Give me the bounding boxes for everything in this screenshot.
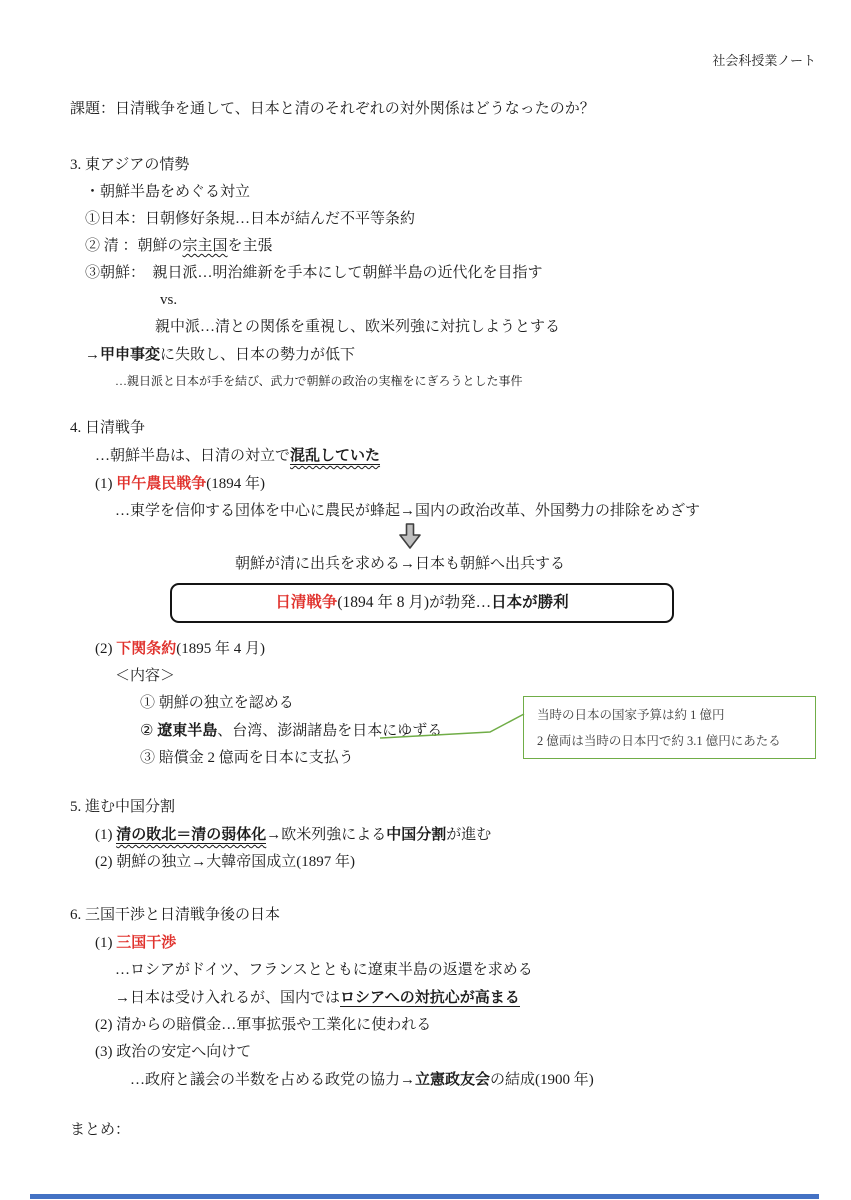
s3-pro-china: 親中派…清との関係を重視し、欧米列強に対抗しようとする [155, 314, 816, 341]
s6-item1-no: (1) [95, 935, 116, 951]
s4-item1-rest: (1894 年) [206, 476, 265, 492]
section-5-title: 5. 進む中国分割 [70, 794, 816, 821]
s5-item1-underlined: 清の敗北＝清の弱体化 [116, 826, 266, 844]
war-result-bold: 日本が勝利 [491, 594, 569, 611]
s3-item-qing-underlined: 宗主国 [183, 238, 228, 254]
s3-kashin-rest: に失敗し、日本の勢力が低下 [160, 347, 355, 363]
s5-item1-no: (1) [95, 827, 116, 843]
s5-item2: (2) 朝鮮の独立→大韓帝国成立(1897 年) [95, 849, 816, 876]
s4-item1-no: (1) [95, 476, 116, 492]
s6-item1-red: 三国干渉 [116, 934, 176, 951]
doc-header-label: 社会科授業ノート [70, 52, 816, 70]
s3-item-qing-rest: を主張 [228, 238, 273, 254]
s5-item1-rest: が進む [446, 827, 491, 843]
callout-line [378, 706, 526, 744]
budget-callout-line2: 2 億両は当時の日本円で約 3.1 億円にあたる [537, 728, 802, 754]
s6-item3: (3) 政治の安定へ向けて [95, 1039, 816, 1066]
s5-item1: (1) 清の敗北＝清の弱体化→欧米列強による中国分割が進む [95, 821, 816, 849]
topic-line: 課題：日清戦争を通して、日本と清のそれぞれの対外関係はどうなったのか？ [70, 96, 816, 123]
s4-naiyo: ＜内容＞ [115, 663, 816, 690]
war-result-red: 日清戦争 [275, 594, 337, 611]
s6-item1-desc1: …ロシアがドイツ、フランスとともに遼東半島の返還を求める [115, 957, 816, 984]
s4-treaty-2-no: ② [140, 723, 157, 739]
s6-item3-desc: …政府と議会の半数を占める政党の協力→立憲政友会の結成(1900 年) [130, 1066, 816, 1094]
s4-item2: (2) 下関条約(1895 年 4 月) [95, 635, 816, 663]
budget-callout-line1: 当時の日本の国家予算は約 1 億円 [537, 702, 802, 728]
summary-label: まとめ： [70, 1117, 816, 1144]
document-page: 社会科授業ノート 課題：日清戦争を通して、日本と清のそれぞれの対外関係はどうなっ… [0, 0, 851, 1200]
s4-flow-line: 朝鮮が清に出兵を求める→日本も朝鮮へ出兵する [235, 551, 816, 578]
s3-note: …親日派と日本が手を結び、武力で朝鮮の政治の実権をにぎろうとした事件 [115, 369, 816, 393]
s4-lead-pre: …朝鮮半島は、日清の対立で [95, 448, 290, 464]
section-4-title: 4. 日清戦争 [70, 415, 816, 442]
s6-item3-desc-bold: 立憲政友会 [415, 1071, 490, 1088]
s4-lead: …朝鮮半島は、日清の対立で混乱していた [95, 442, 816, 470]
s6-item1-desc2-underlined: ロシアへの対抗心が高まる [340, 989, 520, 1007]
s6-item1: (1) 三国干渉 [95, 929, 816, 957]
s4-lead-underlined: 混乱していた [290, 447, 380, 465]
section-3-title: 3. 東アジアの情勢 [70, 152, 816, 179]
bottom-blue-bar [30, 1194, 819, 1199]
s3-item-qing: ② 清 ：朝鮮の宗主国を主張 [85, 233, 816, 260]
s3-item-korea: ③朝鮮： 親日派…明治維新を手本にして朝鮮半島の近代化を目指す [85, 260, 816, 287]
s5-item1-bold: 中国分割 [386, 826, 446, 843]
s4-item2-rest: (1895 年 4 月) [176, 641, 265, 657]
s6-item3-desc-pre: …政府と議会の半数を占める政党の協力→ [130, 1072, 415, 1088]
s4-item2-no: (2) [95, 641, 116, 657]
s3-vs: vs. [160, 287, 816, 314]
s4-item2-red: 下関条約 [116, 640, 176, 657]
s4-item1-red: 甲午農民戦争 [116, 475, 206, 492]
s5-item1-mid: →欧米列強による [266, 827, 386, 843]
s3-kashin-line: →甲申事変に失敗し、日本の勢力が低下 [85, 341, 816, 369]
budget-callout-box: 当時の日本の国家予算は約 1 億円 2 億両は当時の日本円で約 3.1 億円にあ… [523, 696, 816, 759]
s3-kashin-arrow: → [85, 347, 100, 363]
war-result-box: 日清戦争(1894 年 8 月)が勃発…日本が勝利 [170, 583, 674, 623]
s6-item2: (2) 清からの賠償金…軍事拡張や工業化に使われる [95, 1012, 816, 1039]
s3-item-japan: ①日本：日朝修好条規…日本が結んだ不平等条約 [85, 206, 816, 233]
s4-treaty-2-bold: 遼東半島 [157, 722, 217, 739]
s6-item3-desc-rest: の結成(1900 年) [490, 1072, 594, 1088]
document-content: 社会科授業ノート 課題：日清戦争を通して、日本と清のそれぞれの対外関係はどうなっ… [0, 0, 851, 1200]
down-arrow-icon [398, 523, 422, 549]
s4-item1: (1) 甲午農民戦争(1894 年) [95, 470, 816, 498]
down-arrow-row [70, 523, 816, 549]
s4-item1-desc: …東学を信仰する団体を中心に農民が蜂起→国内の政治改革、外国勢力の排除をめざす [115, 498, 816, 525]
s6-item1-desc2: →日本は受け入れるが、国内ではロシアへの対抗心が高まる [115, 984, 816, 1012]
s6-item1-desc2-pre: →日本は受け入れるが、国内では [115, 990, 340, 1006]
war-result-mid: (1894 年 8 月)が勃発… [337, 594, 491, 611]
s3-item-qing-pre: ② 清 ：朝鮮の [85, 238, 183, 254]
s3-bullet: ・朝鮮半島をめぐる対立 [85, 179, 816, 206]
s3-kashin-bold: 甲申事変 [100, 346, 160, 363]
section-6-title: 6. 三国干渉と日清戦争後の日本 [70, 902, 816, 929]
